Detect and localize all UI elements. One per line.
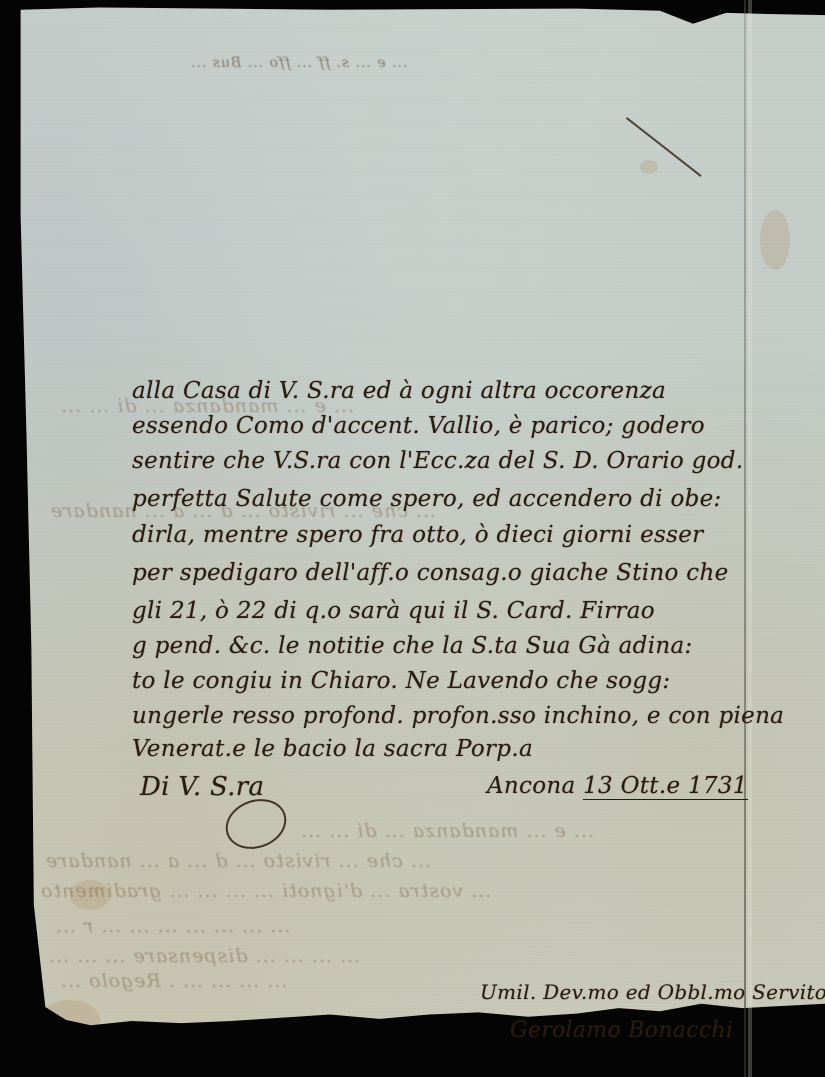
signature-formula: Umil. Dev.mo ed Obbl.mo Servitore: [480, 980, 825, 1004]
letter-line: sentire che V.S.ra con l'Ecc.za del S. D…: [132, 448, 743, 474]
letter-line: perfetta Salute come spero, ed accendero…: [132, 486, 722, 512]
scanned-letter: ... e ... s. ff ... ffo ... Bus ... ... …: [0, 0, 825, 1077]
stain: [640, 160, 658, 174]
bleed-through-line: ... ... ... ... . Regolo ...: [60, 970, 288, 992]
bleed-through-line: ... vostra ... d'ignoti ... ... ... ... …: [40, 880, 491, 902]
stain: [40, 1000, 100, 1040]
place: Ancona: [487, 773, 575, 799]
stain: [760, 210, 790, 270]
letter-line: to le congiu in Chiaro. Ne Lavendo che s…: [132, 668, 670, 694]
paper-fold-line: [744, 0, 746, 1077]
bleed-through-line: ... ... ... ... ... ... ... r ...: [55, 915, 290, 937]
closing-salutation: Di V. S.ra: [140, 772, 264, 802]
letter-line: gli 21, ò 22 di q.o sarà qui il S. Card.…: [132, 598, 655, 624]
letter-line: Venerat.e le bacio la sacra Porp.a: [132, 736, 533, 762]
date-year: 1731: [688, 773, 748, 800]
letter-line: ungerle resso profond. profon.sso inchin…: [132, 703, 784, 729]
letter-line: alla Casa di V. S.ra ed à ogni altra occ…: [132, 378, 666, 404]
bleed-through-line: ... che ... rivisto ... d ... a ... nand…: [45, 850, 431, 872]
bleed-through-header: ... e ... s. ff ... ffo ... Bus ...: [190, 55, 407, 71]
paper-fold-highlight: [748, 0, 752, 1077]
letter-line: g pend. &c. le notitie che la S.ta Sua G…: [132, 633, 693, 659]
letter-line: essendo Como d'accent. Vallio, è parico;…: [132, 413, 705, 439]
date-day: 13 Ott.e: [583, 773, 688, 800]
place-and-date: Ancona 13 Ott.e 1731: [487, 773, 748, 799]
bleed-through-line: ... e ... mandanza ... di ... ...: [300, 820, 594, 842]
letter-line: dirla, mentre spero fra otto, ò dieci gi…: [132, 522, 703, 548]
signature-name: Gerolamo Bonacchi: [510, 1018, 733, 1043]
letter-line: per spedigaro dell'aff.o consag.o giache…: [132, 560, 729, 586]
bleed-through-line: ... ... ... ... dispensare ... ... ...: [48, 945, 360, 967]
